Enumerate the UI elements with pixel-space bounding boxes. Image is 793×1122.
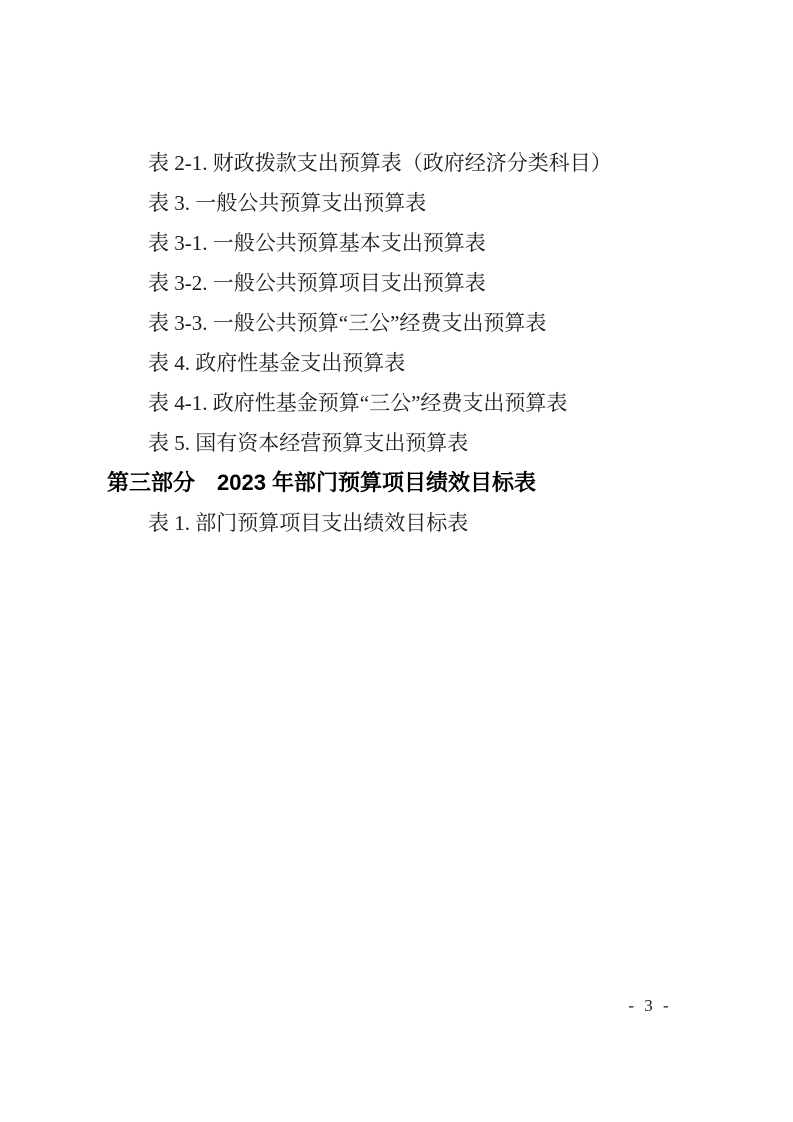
toc-item-table-3-2: 表 3-2. 一般公共预算项目支出预算表 (0, 263, 793, 303)
table-of-contents: 表 2-1. 财政拨款支出预算表（政府经济分类科目） 表 3. 一般公共预算支出… (0, 143, 793, 543)
toc-item-table-1: 表 1. 部门预算项目支出绩效目标表 (0, 503, 793, 543)
page-number: - 3 - (612, 996, 688, 1016)
document-page: 表 2-1. 财政拨款支出预算表（政府经济分类科目） 表 3. 一般公共预算支出… (0, 0, 793, 1122)
toc-item-table-3-1: 表 3-1. 一般公共预算基本支出预算表 (0, 223, 793, 263)
toc-item-table-3-3: 表 3-3. 一般公共预算“三公”经费支出预算表 (0, 303, 793, 343)
toc-section-heading-part-three: 第三部分 2023 年部门预算项目绩效目标表 (0, 463, 793, 503)
toc-item-table-4: 表 4. 政府性基金支出预算表 (0, 343, 793, 383)
toc-item-table-3: 表 3. 一般公共预算支出预算表 (0, 183, 793, 223)
toc-item-table-5: 表 5. 国有资本经营预算支出预算表 (0, 423, 793, 463)
toc-item-table-2-1: 表 2-1. 财政拨款支出预算表（政府经济分类科目） (0, 143, 793, 183)
toc-item-table-4-1: 表 4-1. 政府性基金预算“三公”经费支出预算表 (0, 383, 793, 423)
